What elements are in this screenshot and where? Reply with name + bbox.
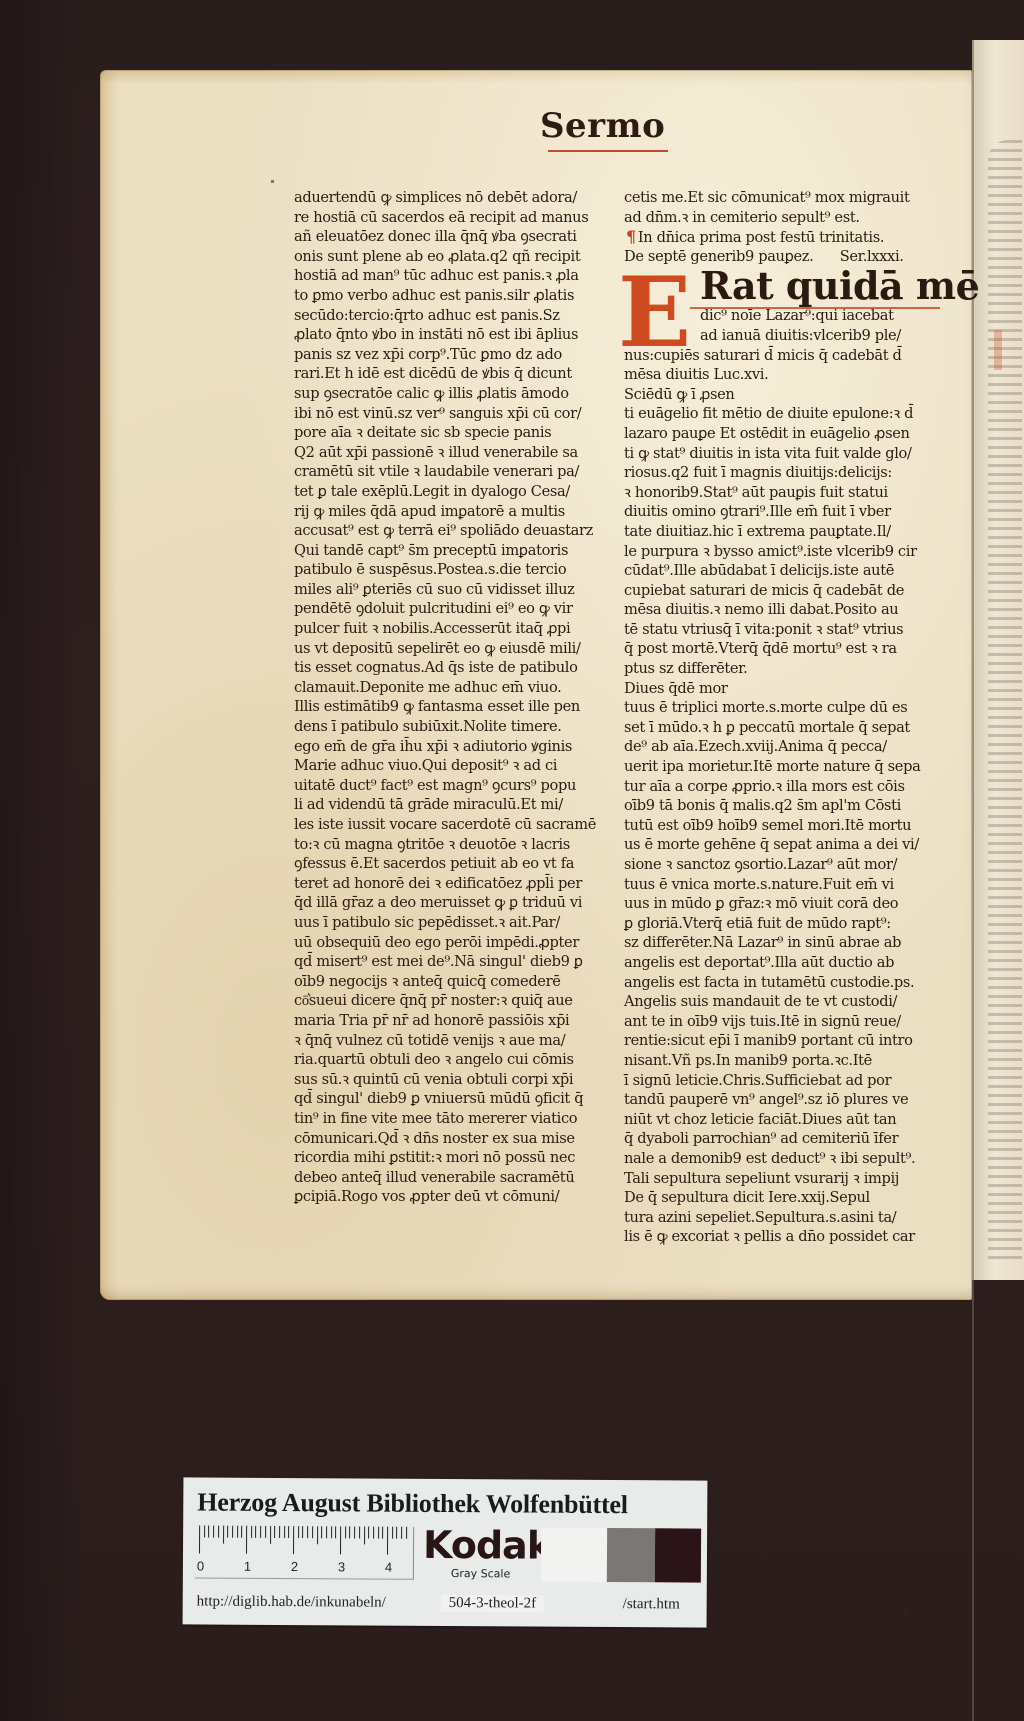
ruler-tick (246, 1526, 247, 1554)
ruler-label: 3 (338, 1559, 345, 1574)
ruler-tick (345, 1526, 346, 1538)
text-line: Angelis suis mandauit de te vt custodi/ (624, 992, 949, 1012)
text-line: uitatē duct⁹ fact⁹ est magn⁹ ꝯcurs⁹ popu (294, 776, 614, 796)
text-line: tin⁹ in fine vite mee tāto mererer viati… (294, 1109, 614, 1129)
text-line: uus in mūdo ꝑ gr̄az:ꝛ mō viuit corā deo (624, 894, 949, 914)
text-line: tate diuitiaz.hic ī extrema pauꝑtate.Il/ (624, 522, 949, 542)
digital-library-url: http://diglib.hab.de/inkunabeln/ (197, 1593, 386, 1611)
text-line: de⁹ ab aīa.Ezech.xviij.Anima q̄ pecca/ (624, 737, 949, 757)
ruler-tick (354, 1526, 355, 1538)
ruler-tick (326, 1526, 327, 1538)
ruler-tick (406, 1527, 407, 1539)
text-line: tuus ē triplici morte.s.morte culpe dū e… (624, 698, 949, 718)
ruler-tick (274, 1526, 275, 1538)
text-line: añ eleuatōez donec illa q̄nq̄ ꝟba ꝯsecra… (294, 227, 614, 247)
incipit-text: Rat quidā mē (700, 263, 979, 308)
text-line: cetis me.Et sic cōmunicat⁹ mox migrauit (624, 188, 949, 208)
text-line: tē statu vtriusq̄ ī vita:ponit ꝛ stat⁹ v… (624, 620, 949, 640)
ruler-tick (312, 1526, 313, 1538)
text-line: tura azini sepeliet.Sepultura.s.asini ta… (624, 1208, 949, 1228)
text-line: Illis estimātib9 ꝙ fantasma esset ille p… (294, 697, 614, 717)
text-line: us vt depositū sepelirēt eo ꝙ eiusdē mil… (294, 639, 614, 659)
ruler-tick (396, 1527, 397, 1539)
color-reference-card: Herzog August Bibliothek Wolfenbüttel 01… (183, 1477, 708, 1627)
text-line: sup ꝯsecratōe calic ꝙ illis ꝓlatis āmodo (294, 384, 614, 404)
text-line: lis ē ꝙ excoriat ꝛ pellis a dn̄o posside… (624, 1227, 949, 1247)
ruler-tick (288, 1526, 289, 1538)
text-line: ti ꝙ stat⁹ diuitis in ista vita fuit val… (624, 444, 949, 464)
text-line: nus:cupiēs saturari d̄ micis q̄ cadebāt … (624, 346, 949, 366)
text-line: ꝓlato q̄nto ꝟbo in instāti nō est ibi āp… (294, 325, 614, 345)
text-line: ibi nō est vinū.sz ver⁹ sanguis xp̄i cū … (294, 404, 614, 424)
text-line: mēsa diuitis Luc.xvi. (624, 365, 949, 385)
text-line: cupiebat saturari de micis q̄ cadebāt de (624, 581, 949, 601)
text-line: nale a demonib9 est deduct⁹ ꝛ ibi sepult… (624, 1149, 949, 1169)
ruler-tick (331, 1526, 332, 1538)
text-line: sz differēter.Nā Lazar⁹ in sinū abrae ab (624, 933, 949, 953)
text-line: oīb9 tā bonis q̄ malis.q2 s̄m apl'm Cōst… (624, 796, 949, 816)
text-line: uus ī patibulo sic pepēdisset.ꝛ ait.Par/ (294, 913, 614, 933)
running-head-text: Sermo (540, 106, 665, 146)
text-line: to ꝑmo verbo adhuc est panis.silr ꝓlatis (294, 286, 614, 306)
ruler-tick (359, 1526, 360, 1538)
text-line: onis sunt plene ab eo ꝓlata.q2 qñ recipi… (294, 247, 614, 267)
text-line: cō͛sueui dicere q̄nq̄ pr̄ noster:ꝛ quiq̄… (294, 991, 614, 1011)
text-line: ꝯfessus ē.Et sacerdos petiuit ab eo vt f… (294, 854, 614, 874)
measurement-ruler: 01234 (195, 1525, 414, 1579)
paper-fleck (271, 180, 274, 183)
ruler-label: 4 (385, 1560, 392, 1575)
sermon-number: Ser.lxxxi. (840, 248, 904, 265)
ruler-tick (401, 1527, 402, 1539)
text-line: ricordia mihi ꝑstitit:ꝛ mori nō possū ne… (294, 1148, 614, 1168)
ruler-tick (382, 1527, 383, 1539)
kodak-logo: Kodak (423, 1523, 551, 1568)
text-line: ant te in oīb9 vijs tuis.Itē in signū re… (624, 1012, 949, 1032)
text-column-left: aduertendū ꝙ simplices nō debēt adora/re… (294, 188, 614, 1207)
ruler-tick (349, 1526, 350, 1538)
white-patch (541, 1528, 607, 1582)
ruler-tick (392, 1527, 393, 1539)
text-line: Sciēdū ꝙ ī ꝓsen (624, 385, 949, 405)
text-line: ꝛ honorib9.Stat⁹ aūt pauꝑis fuit statui (624, 483, 949, 503)
text-line: to:ꝛ cū magna ꝯtritōe ꝛ deuotōe ꝛ lacris (294, 835, 614, 855)
text-line: sione ꝛ sanctoz ꝯsortio.Lazar⁹ aūt mor/ (624, 855, 949, 875)
text-line: q̄ dyaboli parrochian⁹ ad cemiteriū īfer (624, 1129, 949, 1149)
text-line: ad ianuā diuitis:vlcerib9 ple/ (624, 326, 949, 346)
text-line: us ē morte gehēne q̄ sepat anima a dei v… (624, 835, 949, 855)
text-line: teret ad honorē dei ꝛ edificatōez ꝓpl̄i … (294, 874, 614, 894)
running-head: Sermo (540, 106, 700, 146)
text-line: dens ī patibulo subiūxit.Nolite timere. (294, 717, 614, 737)
text-line: ꝑcipiā.Rogo vos ꝓpter deū vt cōmuni/ (294, 1187, 614, 1207)
text-line: ꝑ gloriā.Vterq̄ etiā fuit de mūdo rapt⁹: (624, 914, 949, 934)
text-line: pulcer fuit ꝛ nobilis.Accesserūt itaq̄ ꝓ… (294, 619, 614, 639)
text-line: angelis est deportat⁹.Illa aūt ductio ab (624, 953, 949, 973)
spine-shadow (972, 1280, 974, 1721)
text-line: Diues q̄dē mor (624, 679, 949, 699)
ruler-tick (218, 1526, 219, 1538)
black-patch (655, 1528, 701, 1582)
ruler-tick (199, 1525, 200, 1553)
ruler-tick (298, 1526, 299, 1538)
text-line: panis sz vez xp̄i corp⁹.Tūc ꝑmo dz ado (294, 345, 614, 365)
text-line: ꝛ q̄nq̄ vulnez cū totidē venijs ꝛ aue ma… (294, 1031, 614, 1051)
text-line: debeo anteq̄ illud venerabile sacramētū (294, 1168, 614, 1188)
text-line: tis esset cognatus.Ad q̄s iste de patibu… (294, 658, 614, 678)
text-line: nisant.Vñ ps.In manib9 porta.ꝛc.Itē (624, 1051, 949, 1071)
ruler-tick (302, 1526, 303, 1538)
ruler-tick (317, 1526, 318, 1544)
text-line: li ad videndū tā grāde miraculū.Et mi/ (294, 795, 614, 815)
text-line: Marie adhuc viuo.Qui deposit⁹ ꝛ ad ci (294, 756, 614, 776)
text-line: angelis est facta in tutamētū custodie.p… (624, 973, 949, 993)
dust-fleck (905, 1612, 908, 1615)
ruler-tick (208, 1526, 209, 1538)
text-line: re hostiā cū sacerdos eā recipit ad manu… (294, 208, 614, 228)
text-line: q̄d illā gr̄az a deo meruisset ꝙ ꝑ tridu… (294, 893, 614, 913)
text-line: q̄ post mortē.Vterq̄ q̄dē mortu⁹ est ꝛ r… (624, 639, 949, 659)
text-line: secūdo:tercio:q̄rto adhuc est panis.Sz (294, 306, 614, 326)
book-fore-edge (972, 40, 1024, 1280)
text-line: niūt vt choz leticie faciāt.Diues aūt ta… (624, 1110, 949, 1130)
ruler-tick (241, 1526, 242, 1538)
ruler-tick (265, 1526, 266, 1538)
text-line: Q2 aūt xp̄i passionē ꝛ illud venerabile … (294, 443, 614, 463)
sermon-subheading-text: De septē generib9 pauꝑez. (624, 248, 813, 265)
ruler-tick (373, 1527, 374, 1539)
text-line: dic⁹ noīe Lazar⁹:qui iacebat (624, 306, 949, 326)
text-line: pore aīa ꝛ deitate sic sb specie panis (294, 423, 614, 443)
text-line: accusat⁹ est ꝙ terrā ei⁹ spoliādo deuast… (294, 521, 614, 541)
incipit: Rat quidā mē (624, 266, 949, 306)
gray-scale-label: Gray Scale (451, 1567, 510, 1580)
ruler-tick (227, 1526, 228, 1538)
text-line: Tali sepultura sepeliunt vsurarij ꝛ impi… (624, 1169, 949, 1189)
ruler-tick (237, 1526, 238, 1538)
ruler-tick (279, 1526, 280, 1538)
ruler-label: 0 (197, 1558, 204, 1573)
text-line: les iste iussit vocare sacerdotē cū sacr… (294, 815, 614, 835)
text-line: set ī mūdo.ꝛ h ꝑ peccatū mortale q̄ sepa… (624, 718, 949, 738)
ruler-tick (387, 1527, 388, 1555)
ruler-tick (213, 1526, 214, 1538)
sermon-heading-line: ¶In dn̄ica prima post festū trinitatis. (624, 227, 949, 247)
text-line: uū obsequiū deo ego perōi impēdi.ꝓpter (294, 933, 614, 953)
ruler-tick (270, 1526, 271, 1544)
text-line: De q̄ sepultura dicit Iere.xxij.Sepul (624, 1188, 949, 1208)
ruler-tick (335, 1526, 336, 1538)
ruler-tick (223, 1526, 224, 1544)
text-line: patibulo ē suspēsus.Postea.s.die tercio (294, 560, 614, 580)
text-line: miles ali⁹ ꝑteriēs cū suo cū vidisset il… (294, 580, 614, 600)
text-line: lazaro pauꝑe Et ostēdit in euāgelio ꝓsen (624, 424, 949, 444)
ruler-tick (251, 1526, 252, 1538)
text-line: tur aīa a corpe ꝓprio.ꝛ illa mors est cō… (624, 777, 949, 797)
ruler-tick (378, 1527, 379, 1539)
text-line: rij ꝙ miles q̄dā apud imꝑatorē a multis (294, 502, 614, 522)
ruler-tick (293, 1526, 294, 1554)
text-line: ego em̄ de gr̄a ih̄u xp̄i ꝛ adiutorio ꝟg… (294, 737, 614, 757)
ruler-tick (364, 1527, 365, 1545)
text-line: ti euāgelio fit mētio de diuite epulone:… (624, 404, 949, 424)
text-line: ī signū leticie.Chris.Sufficiebat ad por (624, 1071, 949, 1091)
ruler-tick (284, 1526, 285, 1538)
text-line: qd̄ singul' dieb9 ꝑ vniuersū mūdū ꝯficit… (294, 1089, 614, 1109)
ruler-tick (232, 1526, 233, 1538)
text-line: uerit ipa morietur.Itē morte nature q̄ s… (624, 757, 949, 777)
text-line: tet ꝑ tale exēplū.Legit in dyalogo Cesa/ (294, 482, 614, 502)
ruler-tick (340, 1526, 341, 1554)
rubric-mark-icon: ¶ (626, 227, 636, 246)
text-line: tutū est oīb9 hoīb9 semel mori.Itē mortu (624, 816, 949, 836)
running-head-rule (548, 150, 668, 152)
text-line: ad dn̄m.ꝛ in cemiterio sepult⁹ est. (624, 208, 949, 228)
text-line: tandū pauperē vn⁹ angel⁹.sz iō plures ve (624, 1090, 949, 1110)
ruler-tick (260, 1526, 261, 1538)
ruler-tick (204, 1526, 205, 1538)
text-line: clamauit.Deponite me adhuc em̄ viuo. (294, 678, 614, 698)
ruler-tick (368, 1527, 369, 1539)
text-line: maria Tria pr̄ nr̄ ad honorē passiōis xp… (294, 1011, 614, 1031)
text-line: Qui tandē capt⁹ s̄m preceptū imꝑatoris (294, 541, 614, 561)
text-line: ptus sz differēter. (624, 659, 949, 679)
ruler-label: 2 (291, 1559, 298, 1574)
text-line: qd̄ misert⁹ est mei de⁹.Nā singul' dieb9… (294, 952, 614, 972)
text-line: le purpura ꝛ bysso amict⁹.iste vlcerib9 … (624, 542, 949, 562)
text-line: tuus ē vnica morte.s.nature.Fuit em̄ vi (624, 875, 949, 895)
text-line: diuitis omino ꝯtrari⁹.Ille em̄ fuit ī vb… (624, 502, 949, 522)
url-suffix: /start.htm (623, 1596, 680, 1613)
text-line: mēsa diuitis.ꝛ nemo illi dabat.Posito au (624, 600, 949, 620)
text-line: pendētē ꝯdoluit pulcritudini ei⁹ eo ꝙ vi… (294, 599, 614, 619)
ruler-tick (255, 1526, 256, 1538)
ruler-label: 1 (244, 1559, 251, 1574)
text-line: sus sū.ꝛ quintū cū venia obtuli corpi xp… (294, 1070, 614, 1090)
ruler-tick (321, 1526, 322, 1538)
ruler-tick (307, 1526, 308, 1538)
text-line: riosus.q2 fuit ī magnis diuitijs:delicij… (624, 463, 949, 483)
text-line: oīb9 negocijs ꝛ anteq̄ quicq̄ comederē (294, 972, 614, 992)
right-column-body: dic⁹ noīe Lazar⁹:qui iacebatad ianuā diu… (624, 306, 949, 1247)
sermon-heading-text: In dn̄ica prima post festū trinitatis. (638, 229, 884, 246)
text-line: cramētū sit vtile ꝛ laudabile venerari p… (294, 462, 614, 482)
text-line: hostiā ad man⁹ tūc adhuc est panis.ꝛ ꝓla (294, 266, 614, 286)
text-line: rentie:sicut ep̄i ī manib9 portant cū in… (624, 1031, 949, 1051)
text-column-right: cetis me.Et sic cōmunicat⁹ mox migrauit … (624, 188, 949, 1247)
text-line: aduertendū ꝙ simplices nō debēt adora/ (294, 188, 614, 208)
text-line: rari.Et h idē est dicēdū de ꝟbis q̄ dicu… (294, 364, 614, 384)
text-line: cōmunicari.Qd̄ ꝛ dn̄s noster ex sua mise (294, 1129, 614, 1149)
library-name: Herzog August Bibliothek Wolfenbüttel (197, 1487, 628, 1520)
shelfmark: 504-3-theol-2f (441, 1595, 545, 1613)
text-line: ria.quartū obtuli deo ꝛ angelo cui cōmis (294, 1050, 614, 1070)
gray-patch (607, 1528, 655, 1582)
show-through-rubric (994, 330, 1002, 370)
show-through-text (988, 140, 1022, 1260)
text-line: cūdat⁹.Ille abūdabat ī delicijs.iste aut… (624, 561, 949, 581)
